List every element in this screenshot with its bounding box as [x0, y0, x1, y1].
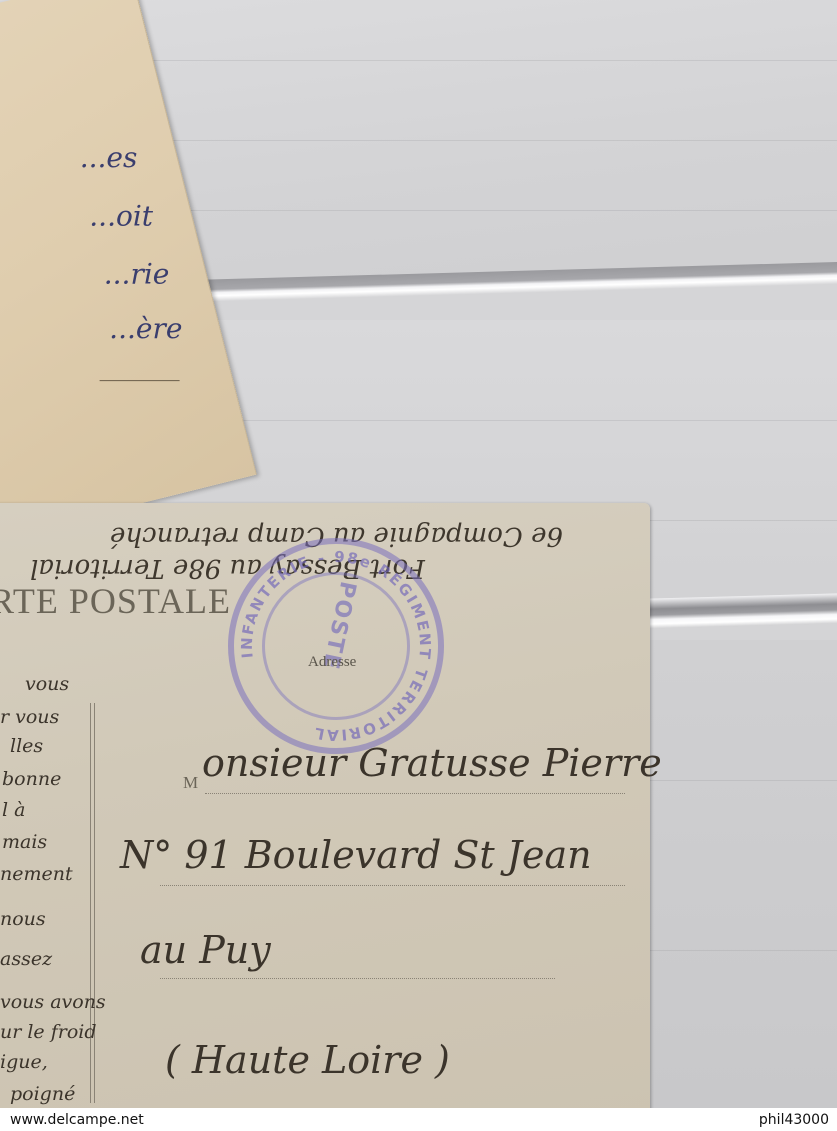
photograph: ...es ...oit ...rie ...ère RTE POSTALE 6…: [0, 0, 837, 1108]
postcard-title: RTE POSTALE: [0, 580, 231, 622]
message-text: mais: [2, 831, 47, 853]
address-line-1: onsieur Gratusse Pierre: [202, 741, 662, 785]
message-text: nement: [0, 863, 73, 885]
message-text: poigné: [10, 1083, 75, 1105]
left-card-text: ...oit: [89, 200, 153, 233]
message-text: lles: [10, 735, 43, 757]
address-line: [160, 978, 555, 979]
left-card-text: ...es: [80, 141, 138, 174]
message-text: vous: [25, 673, 69, 695]
address-label: Adresse: [308, 654, 356, 671]
address-line-3: au Puy: [140, 928, 271, 972]
message-text: ur le froid: [0, 1021, 97, 1043]
postcard: RTE POSTALE 6e Compagnie au Camp retranc…: [0, 503, 650, 1108]
message-text: nous: [0, 908, 46, 930]
address-line: [205, 793, 625, 794]
message-text: r vous: [0, 706, 59, 728]
message-text: bonne: [2, 768, 61, 790]
watermark-site: www.delcampe.net: [10, 1112, 144, 1128]
watermark-seller: phil43000: [759, 1112, 829, 1128]
left-card-text: ...rie: [104, 258, 170, 291]
address-line-2: N° 91 Boulevard St Jean: [120, 833, 592, 877]
left-card-text: ...ère: [109, 312, 182, 345]
message-text: l à: [2, 799, 25, 821]
regiment-stamp: INFANTERIE - 98e RÉGIMENT TERRITORIAL PO…: [214, 524, 458, 768]
message-text: igue,: [0, 1051, 48, 1073]
address-m-prefix: M: [183, 773, 198, 793]
address-line-4: ( Haute Loire ): [165, 1038, 450, 1082]
message-divider: [90, 703, 91, 1103]
message-text: vous avons: [0, 991, 106, 1013]
address-line: [160, 885, 625, 886]
left-card-underline: [100, 380, 180, 381]
message-divider: [94, 703, 95, 1103]
message-text: assez: [0, 948, 52, 970]
